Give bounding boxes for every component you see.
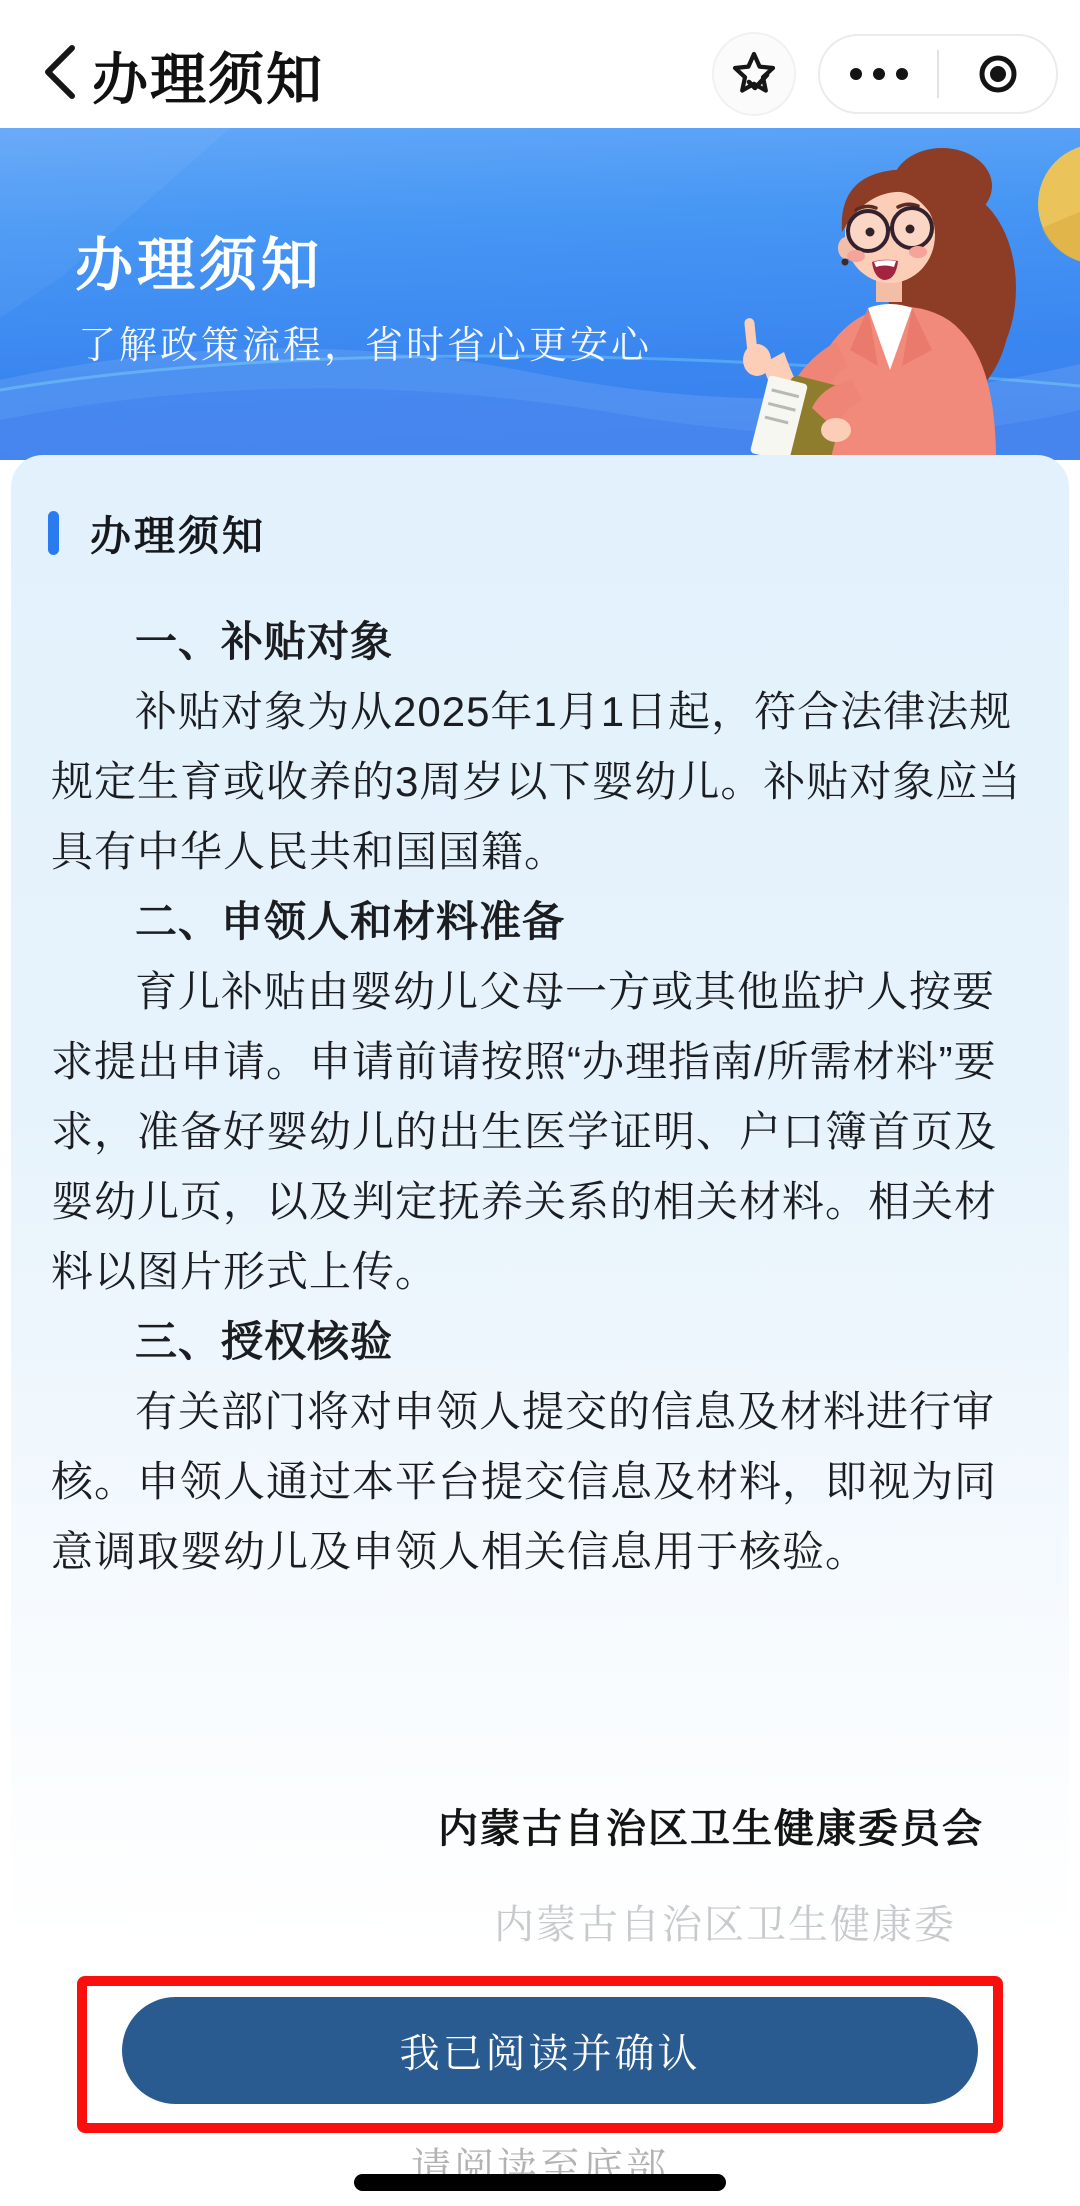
card-header: 办理须知 — [48, 503, 266, 562]
screen: 办理须知 — [0, 0, 1080, 2206]
star-check-icon — [729, 49, 779, 99]
miniprogram-capsule — [818, 34, 1058, 114]
banner: 办理须知 了解政策流程，省时省心更安心 — [0, 128, 1080, 460]
confirm-button[interactable]: 我已阅读并确认 — [122, 1997, 978, 2104]
title-marker — [48, 511, 59, 555]
section-heading: 一、补贴对象 — [51, 607, 1029, 677]
watermark: 内蒙古自治区卫生健康委 — [494, 1893, 956, 1950]
signature: 内蒙古自治区卫生健康委员会 — [438, 1797, 984, 1854]
section-heading: 二、申领人和材料准备 — [51, 887, 1029, 957]
section-body: 育儿补贴由婴幼儿父母一方或其他监护人按要求提出申请。申请前请按照“办理指南/所需… — [51, 957, 1029, 1307]
favorite-button[interactable] — [712, 32, 796, 116]
notice-content: 一、补贴对象 补贴对象为从2025年1月1日起，符合法律法规规定生育或收养的3周… — [11, 607, 1069, 1587]
exit-button[interactable] — [939, 36, 1056, 112]
card-title: 办理须知 — [90, 503, 266, 562]
section-body: 有关部门将对申领人提交的信息及材料进行审核。申领人通过本平台提交信息及材料，即视… — [51, 1377, 1029, 1587]
more-button[interactable] — [820, 36, 937, 112]
notice-card: 办理须知 一、补贴对象 补贴对象为从2025年1月1日起，符合法律法规规定生育或… — [11, 455, 1069, 2206]
annotation-highlight-box: 我已阅读并确认 — [77, 1976, 1003, 2133]
more-dots-icon — [850, 68, 862, 80]
back-icon[interactable] — [38, 42, 82, 102]
navbar: 办理须知 — [0, 0, 1080, 128]
page-title: 办理须知 — [92, 36, 324, 116]
banner-subtitle: 了解政策流程，省时省心更安心 — [78, 314, 652, 369]
section-body: 补贴对象为从2025年1月1日起，符合法律法规规定生育或收养的3周岁以下婴幼儿。… — [51, 677, 1029, 887]
section-heading: 三、授权核验 — [51, 1307, 1029, 1377]
circle-dot-icon — [975, 51, 1021, 97]
banner-title: 办理须知 — [75, 218, 323, 302]
home-indicator[interactable] — [354, 2174, 726, 2191]
